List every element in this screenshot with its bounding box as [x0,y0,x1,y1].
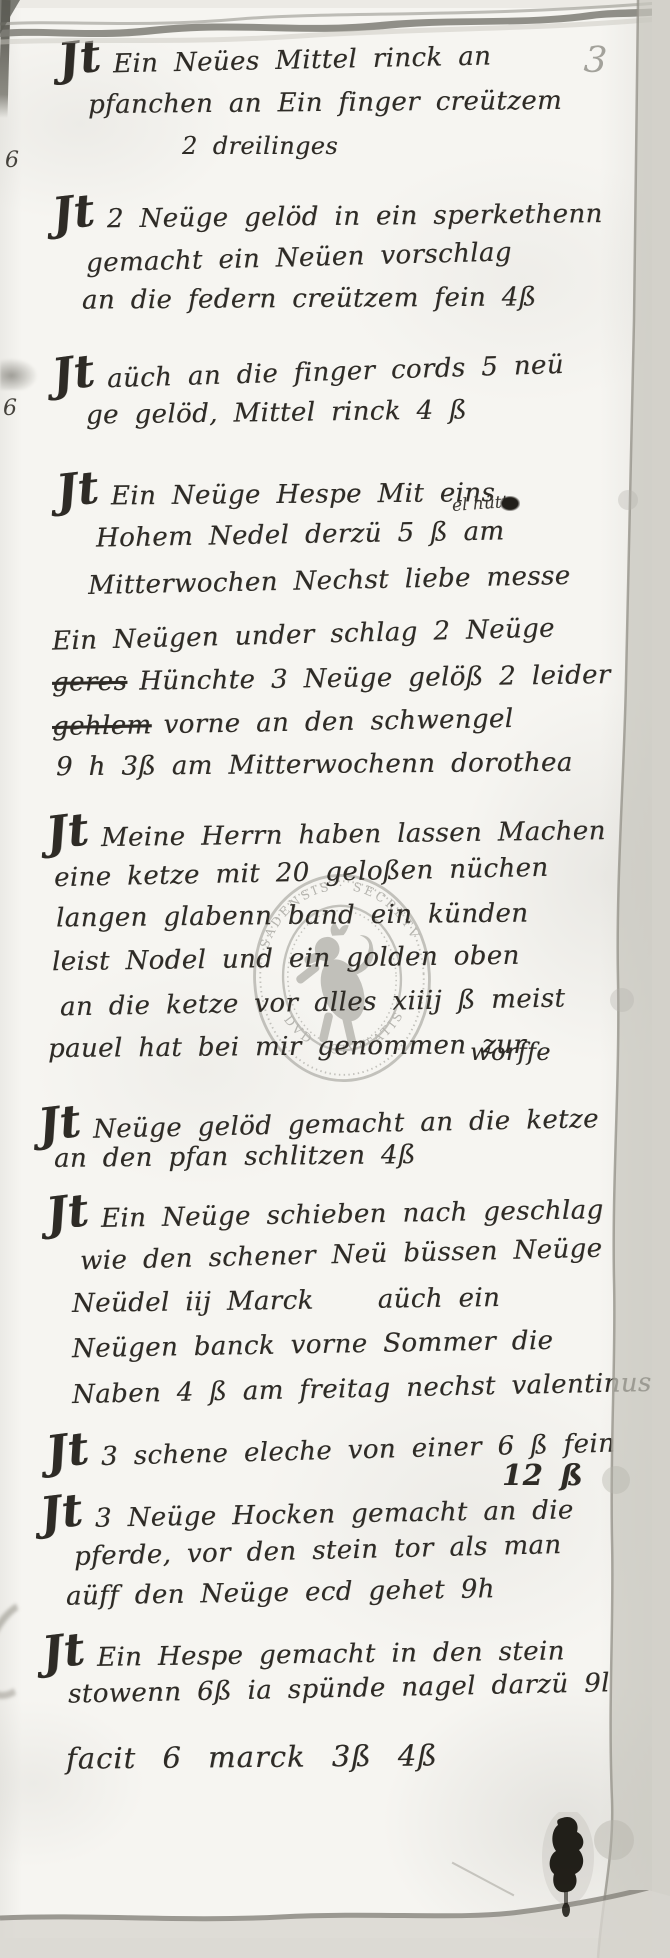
manuscript-line: an die federn creützem fein 4ß [82,282,537,315]
manuscript-line: JtEin Hespe gemacht in den stein [42,1626,565,1673]
entry-initial: Jt [50,353,97,394]
manuscript-line: JtMeine Herrn haben lassen Machen [46,806,606,854]
margin-mark: 6 [5,148,19,173]
entry-initial: Jt [44,811,91,852]
manuscript-line: 2 dreilinges [182,132,338,160]
entry-initial: Jt [54,469,101,510]
manuscript-line: pfanchen an Ein finger creützem [88,86,562,120]
entry-initial: Jt [40,1631,87,1672]
entry-initial: Jt [44,1430,91,1471]
ink-smear [500,496,520,511]
manuscript-line: langen glabenn band ein künden [56,899,529,934]
struck-word: gehlem [52,710,152,742]
manuscript-line: an den pfan schlitzen 4ß [54,1140,416,1174]
struck-word: geres [52,667,128,698]
manuscript-line: ge gelöd, Mittel rinck 4 ß [86,395,467,430]
ink-blot [540,1812,600,1932]
manuscript-line: Neüdel iij Marckaüch ein [72,1283,501,1319]
manuscript-line: Jt2 Neüge gelöd in ein sperkethenn [52,189,603,235]
entry-initial: Jt [38,1492,85,1533]
margin-smudge [0,358,38,390]
manuscript-line: JtEin Neüge Hespe Mit eins [56,468,495,512]
manuscript-scan: SADENSIS · SECRETV DVD · CIVITATIS 3 6 6… [0,0,670,1958]
entry-initial: Jt [36,1103,83,1144]
manuscript-line: pauel hat bei mir genommen zur [48,1030,526,1064]
entry-initial: Jt [50,192,97,233]
page-number: 3 [583,39,609,81]
margin-mark: 6 [3,396,17,421]
summary-line: facit 6 marck 3ß 4ß [66,1738,438,1775]
entry-initial: Jt [44,1192,91,1233]
manuscript-line: worffe [470,1038,551,1066]
manuscript-line: 9 h 3ß am Mitterwochenn dorothea [56,748,573,783]
entry-initial: Jt [56,38,103,79]
